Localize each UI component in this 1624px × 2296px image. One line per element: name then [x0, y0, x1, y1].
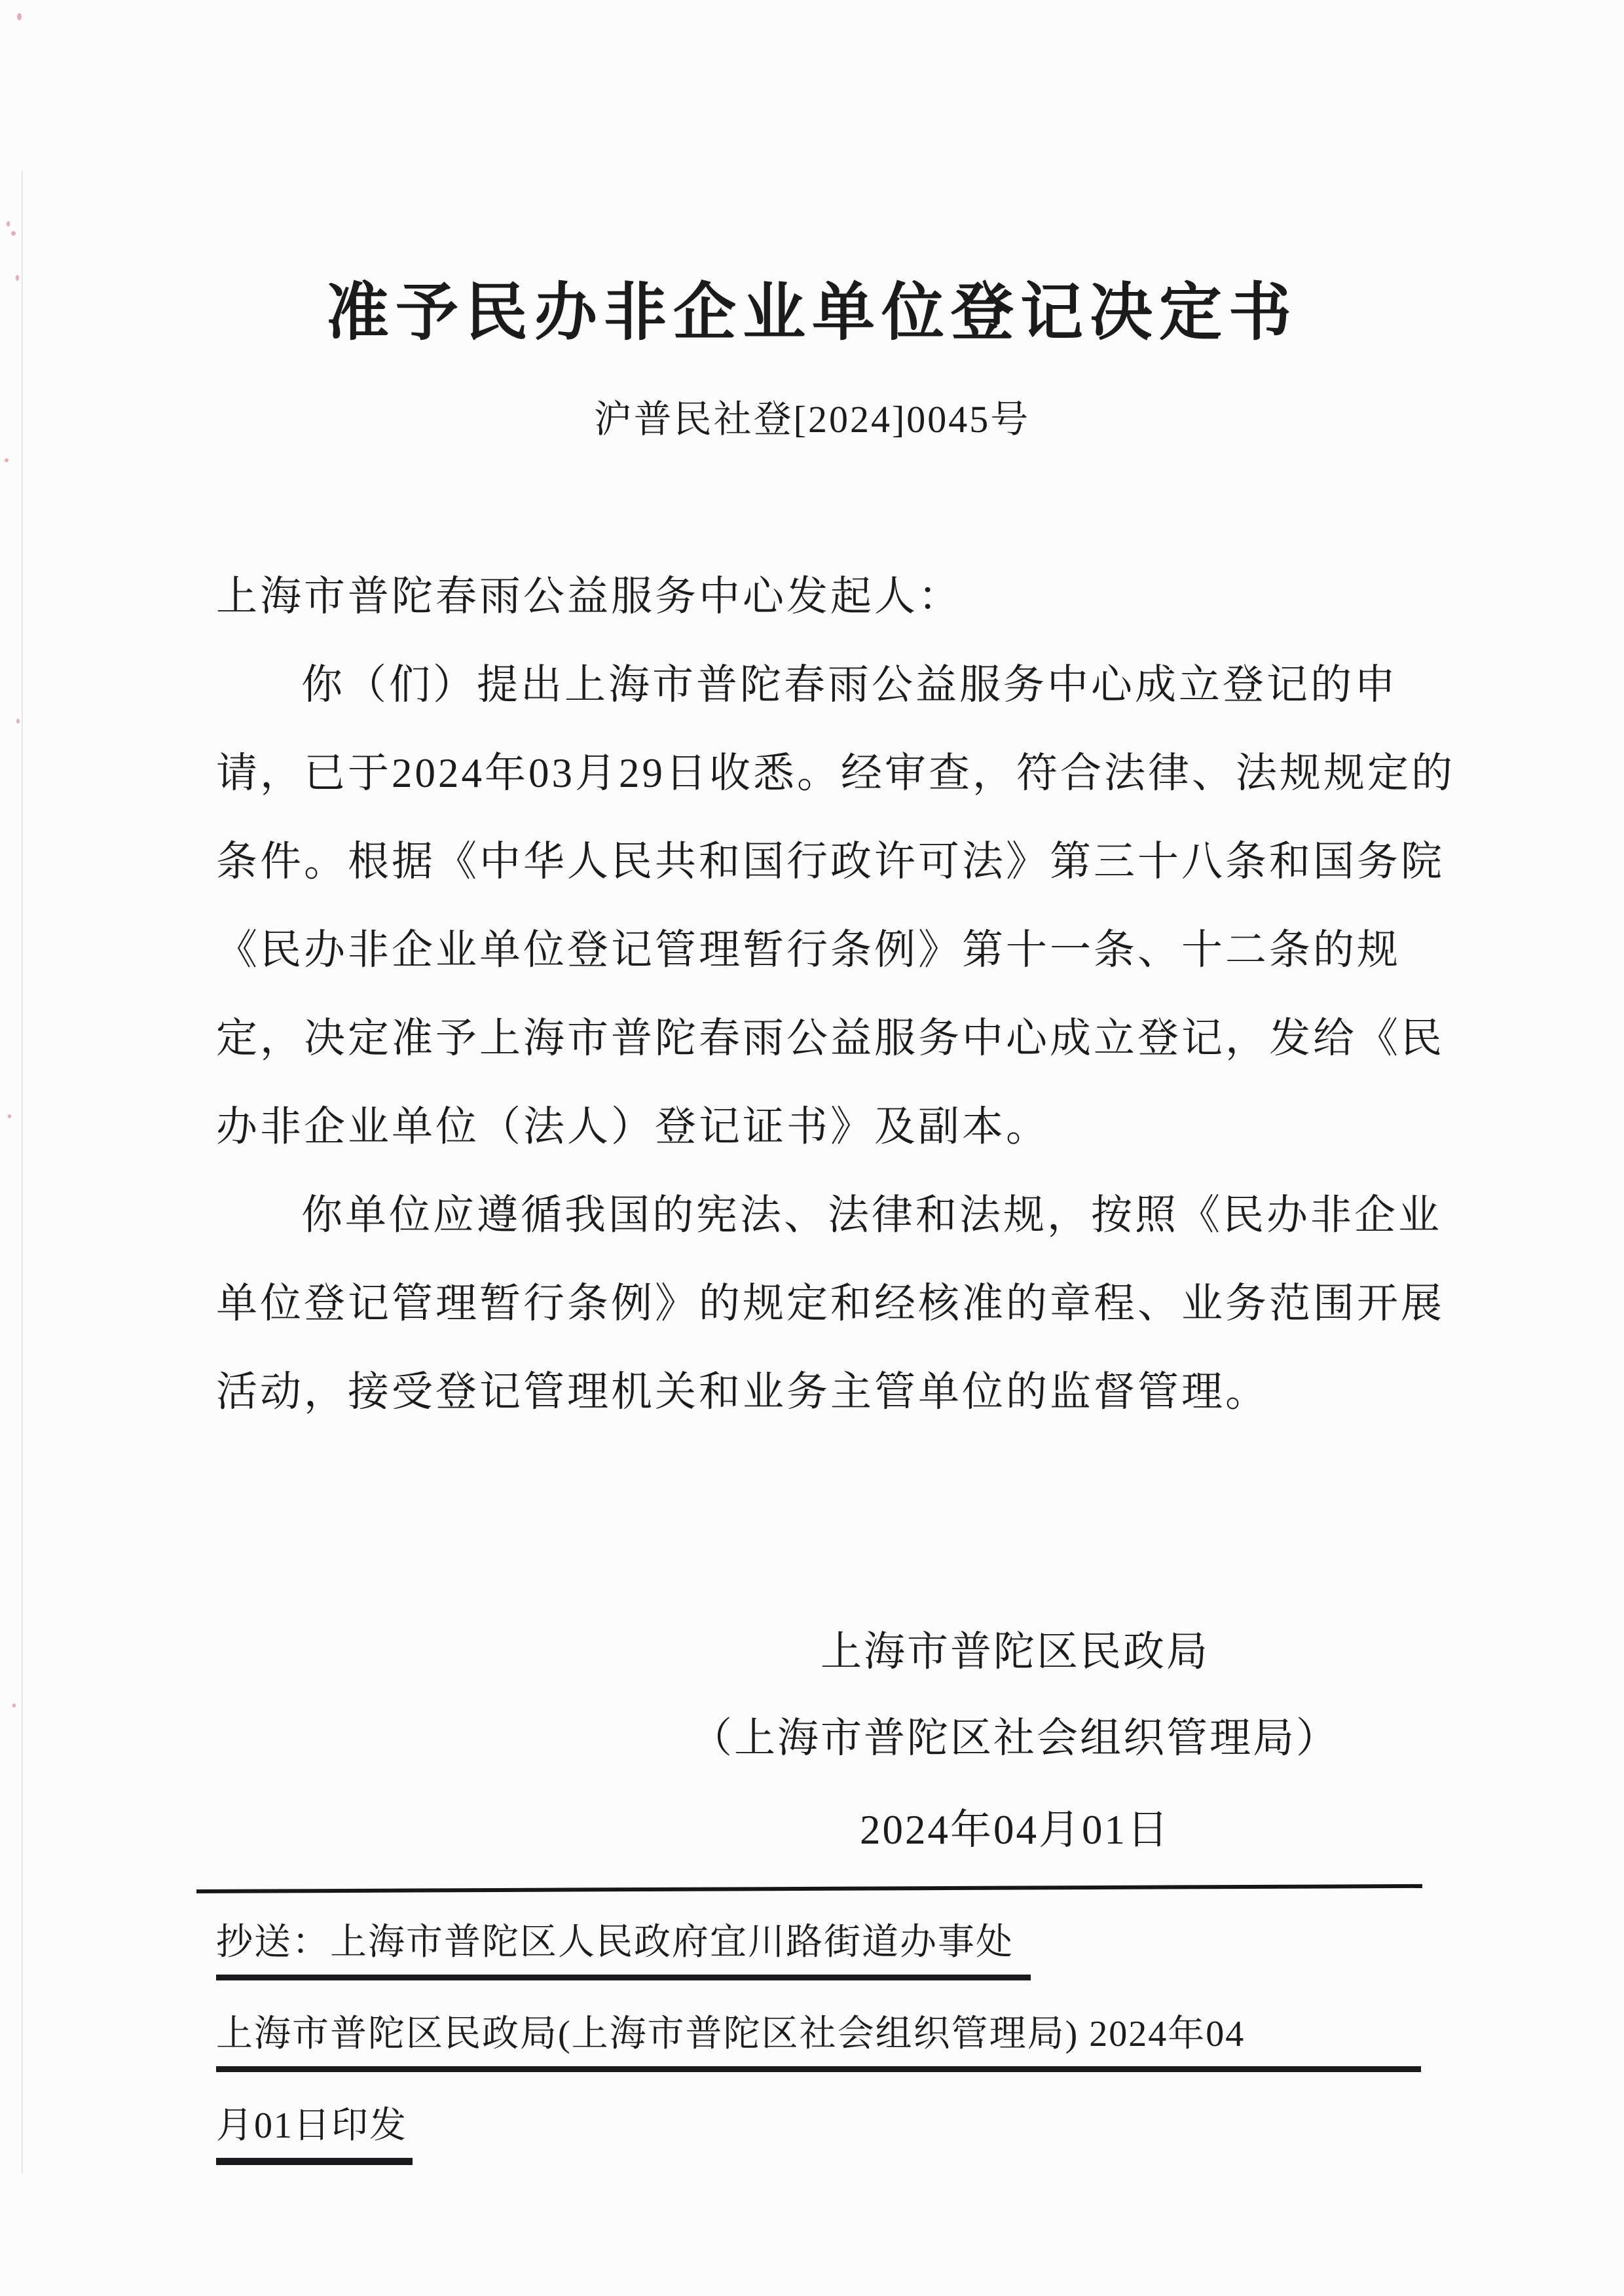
- body-line: 单位登记管理暂行条例》的规定和经核准的章程、业务范围开展: [216, 1256, 1421, 1344]
- body-line: 你（们）提出上海市普陀春雨公益服务中心成立登记的申: [216, 637, 1421, 725]
- scan-edge-line: [22, 170, 23, 2174]
- body-line: 请，已于2024年03月29日收悉。经审查，符合法律、法规规定的: [216, 725, 1421, 814]
- scan-artifact: [8, 1114, 11, 1118]
- body-line: 活动，接受登记管理机关和业务主管单位的监督管理。: [216, 1344, 1421, 1432]
- body-line: 你单位应遵循我国的宪法、法律和法规，按照《民办非企业: [216, 1167, 1421, 1256]
- body-line: 条件。根据《中华人民共和国行政许可法》第三十八条和国务院: [216, 814, 1421, 902]
- body-line: 定，决定准予上海市普陀春雨公益服务中心成立登记，发给《民: [216, 991, 1421, 1079]
- body-line: 《民办非企业单位登记管理暂行条例》第十一条、十二条的规: [216, 902, 1421, 991]
- scan-artifact: [12, 1704, 16, 1707]
- document-body: 上海市普陀春雨公益服务中心发起人： 你（们）提出上海市普陀春雨公益服务中心成立登…: [216, 549, 1421, 1432]
- body-line: 办非企业单位（法人）登记证书》及副本。: [216, 1079, 1421, 1167]
- document-number: 沪普民社登[2024]0045号: [0, 397, 1624, 443]
- scan-artifact: [5, 458, 9, 462]
- footer-cc-line: 抄送：上海市普陀区人民政府宜川路街道办事处: [216, 1913, 1031, 1980]
- document-title: 准予民办非企业单位登记决定书: [0, 282, 1624, 344]
- scan-artifact: [11, 231, 16, 236]
- scan-artifact: [7, 221, 10, 227]
- scanned-document-page: 准予民办非企业单位登记决定书 沪普民社登[2024]0045号 上海市普陀春雨公…: [0, 0, 1624, 2296]
- footer-issue-line-cont: 月01日印发: [216, 2096, 413, 2165]
- scan-artifact: [16, 719, 20, 723]
- footer-issue-line: 上海市普陀区民政局(上海市普陀区社会组织管理局) 2024年04: [216, 2005, 1421, 2072]
- signature-authority: 上海市普陀区民政局: [589, 1618, 1441, 1678]
- footer-divider-rule: [196, 1884, 1422, 1893]
- signature-date: 2024年04月01日: [589, 1796, 1441, 1856]
- signature-authority-alias: （上海市普陀区社会组织管理局）: [589, 1705, 1441, 1764]
- scan-artifact: [17, 13, 22, 20]
- body-line-salutation: 上海市普陀春雨公益服务中心发起人：: [216, 549, 1421, 637]
- scan-artifact: [16, 275, 19, 281]
